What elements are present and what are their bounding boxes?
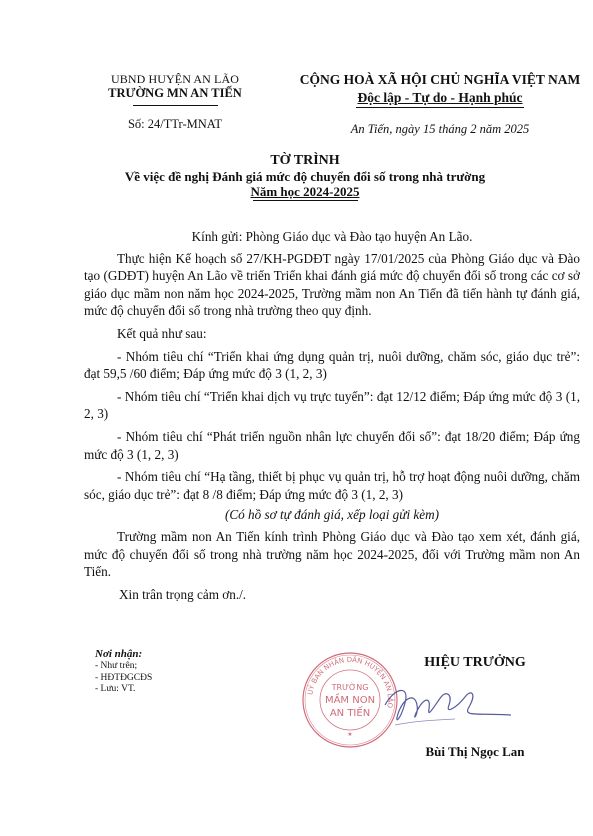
result-item: - Nhóm tiêu chí “Triển khai ứng dụng quả… [84, 348, 580, 383]
result-item: - Nhóm tiêu chí “Phát triển nguồn nhân l… [84, 428, 580, 463]
recipient-item: - HĐTĐGCĐS [95, 673, 152, 685]
recipient-item: - Như trên; [95, 661, 152, 673]
school-year: Năm học 2024-2025 [80, 184, 530, 199]
document-body: Kính gửi: Phòng Giáo dục và Đào tạo huyệ… [84, 228, 580, 608]
signer-name: Bùi Thị Ngọc Lan [380, 744, 570, 760]
document-title-block: TỜ TRÌNH Về việc đề nghị Đánh giá mức độ… [80, 153, 530, 201]
recipients-heading: Nơi nhận: [95, 648, 152, 661]
svg-text:★: ★ [347, 731, 352, 738]
signer-title: HIỆU TRƯỞNG [380, 655, 570, 671]
addressee: Kính gửi: Phòng Giáo dục và Đào tạo huyệ… [84, 228, 580, 246]
intro-paragraph: Thực hiện Kế hoạch số 27/KH-PGDĐT ngày 1… [84, 250, 580, 320]
header-right-rule [356, 107, 524, 108]
result-item: - Nhóm tiêu chí “Hạ tầng, thiết bị phục … [84, 468, 580, 503]
request-paragraph: Trường mầm non An Tiến kính trình Phòng … [84, 528, 580, 581]
attachment-note: (Có hồ sơ tự đánh giá, xếp loại gửi kèm) [84, 506, 580, 524]
handwritten-signature [365, 675, 515, 735]
nation-title: CỘNG HOÀ XÃ HỘI CHỦ NGHĨA VIỆT NAM [290, 72, 590, 88]
results-heading: Kết quả như sau: [84, 325, 580, 343]
result-item: - Nhóm tiêu chí “Triển khai dịch vụ trực… [84, 388, 580, 423]
header-left-rule [133, 105, 218, 106]
svg-text:TRƯỜNG: TRƯỜNG [331, 681, 369, 692]
place-date: An Tiến, ngày 15 tháng 2 năm 2025 [290, 122, 590, 137]
signature-scribble-icon [365, 675, 515, 735]
recipient-item: - Lưu: VT. [95, 684, 152, 696]
closing-line: Xin trân trọng cảm ơn./. [84, 586, 580, 604]
school-name: TRƯỜNG MN AN TIẾN [95, 86, 255, 101]
document-type: TỜ TRÌNH [80, 153, 530, 169]
national-motto: Độc lập - Tự do - Hạnh phúc [290, 90, 590, 106]
header-right: CỘNG HOÀ XÃ HỘI CHỦ NGHĨA VIỆT NAM Độc l… [290, 72, 590, 137]
header-left: UBND HUYỆN AN LÃO TRƯỜNG MN AN TIẾN Số: … [95, 72, 255, 132]
document-subject: Về việc đề nghị Đánh giá mức độ chuyển đ… [80, 169, 530, 184]
title-rule [253, 200, 358, 201]
document-number: Số: 24/TTr-MNAT [95, 117, 255, 132]
recipients-block: Nơi nhận: - Như trên; - HĐTĐGCĐS - Lưu: … [95, 648, 152, 696]
agency-name: UBND HUYỆN AN LÃO [95, 72, 255, 86]
signer-name-wrap: Bùi Thị Ngọc Lan [380, 744, 570, 760]
signature-block: HIỆU TRƯỞNG [380, 655, 570, 671]
